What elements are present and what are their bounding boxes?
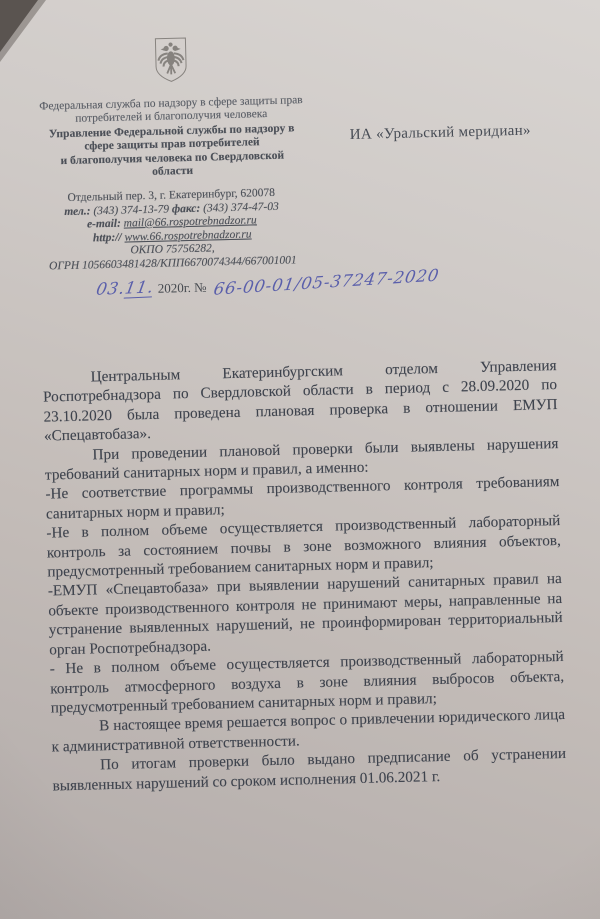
website-address: www.66.rospotrebnadzor.ru <box>124 228 251 243</box>
email-label: e-mail: <box>87 218 121 231</box>
photo-of-document: { "photo": { "background_color": "#57524… <box>0 0 600 919</box>
body-paragraph: Центральным Екатеринбургским отделом Упр… <box>42 356 558 446</box>
date-and-number-line: 03.11.2020г. №66-00-01/05-37247-2020 <box>96 268 556 298</box>
document-content: Федеральная служба по надзору в сфере за… <box>0 0 600 919</box>
printed-year-number-label: 2020г. № <box>158 280 207 297</box>
addressee: ИА «Уральский меридиан» <box>350 121 580 144</box>
fax-number: (343) 374-47-03 <box>203 200 279 214</box>
letterhead: Федеральная служба по надзору в сфере за… <box>16 94 328 183</box>
handwritten-date: 03.11. <box>95 277 156 298</box>
coat-of-arms-eagle-icon <box>153 36 188 85</box>
phone-number: (343) 374-13-79 <box>93 203 169 217</box>
fax-label: факс: <box>172 202 201 215</box>
handwritten-outgoing-number: 66-00-01/05-37247-2020 <box>213 266 441 299</box>
letter-body: Центральным Екатеринбургским отделом Упр… <box>42 356 566 795</box>
phone-label: тел.: <box>64 205 91 218</box>
email-address: mail@66.rospotrebnadzor.ru <box>124 214 257 229</box>
contact-block: Отдельный пер. 3, г. Екатеринбург, 62007… <box>6 185 338 274</box>
http-label: http:// <box>93 231 122 244</box>
violation-list-item: -ЕМУП «Спецавтобаза» при выявлении наруш… <box>48 569 564 659</box>
